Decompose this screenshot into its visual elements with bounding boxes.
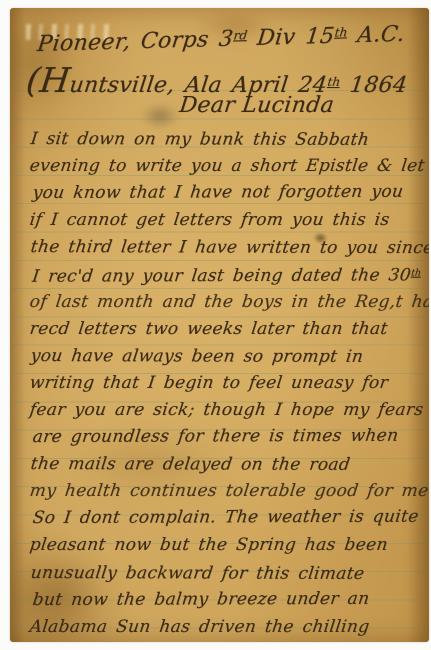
salutation: Dear Lucinda bbox=[178, 93, 335, 118]
letter-line: fear you are sick; though I hope my fear… bbox=[28, 397, 423, 424]
letter-line: my health continues tolerable good for m… bbox=[28, 478, 423, 505]
letter-line: I sit down on my bunk this Sabbath bbox=[29, 126, 423, 154]
letter-line: unusually backward for this climate bbox=[29, 560, 423, 588]
letter-line: evening to write you a short Epistle & l… bbox=[28, 153, 423, 180]
scanned-letter-photo: Pioneer, Corps 3rd Div 15th A.C. (Huntsv… bbox=[0, 0, 431, 650]
letter-line: of last month and the boys in the Reg,t … bbox=[28, 289, 423, 316]
letter-line: So I dont complain. The weather is quite bbox=[31, 504, 423, 532]
letter-line: I rec'd any your last being dated the 30… bbox=[31, 260, 423, 288]
letter-line: recd letters two weeks later than that bbox=[28, 316, 423, 343]
letter-line: are groundless for there is times when bbox=[31, 423, 423, 451]
letter-line: Alabama Sun has driven the chilling bbox=[28, 614, 423, 641]
letter-line: you have always been so prompt in bbox=[29, 343, 423, 371]
letter-line: writing that I begin to feel uneasy for bbox=[28, 370, 423, 397]
letter-line: but now the balmy breeze under an bbox=[31, 585, 423, 613]
paper-edge-shading bbox=[10, 8, 25, 642]
letter-line: pleasant now but the Spring has been bbox=[28, 532, 423, 559]
letter-paper: Pioneer, Corps 3rd Div 15th A.C. (Huntsv… bbox=[10, 8, 429, 642]
letter-line: you know that I have not forgotten you bbox=[31, 179, 423, 207]
letter-line: if I cannot get letters from you this is bbox=[28, 207, 423, 234]
letter-line: the mails are delayed on the road bbox=[29, 451, 423, 479]
letter-line: the third letter I have written to you s… bbox=[29, 234, 423, 262]
unit-heading: Pioneer, Corps 3rd Div 15th A.C. bbox=[36, 22, 406, 57]
letter-body: I sit down on my bunk this Sabbathevenin… bbox=[28, 126, 420, 641]
